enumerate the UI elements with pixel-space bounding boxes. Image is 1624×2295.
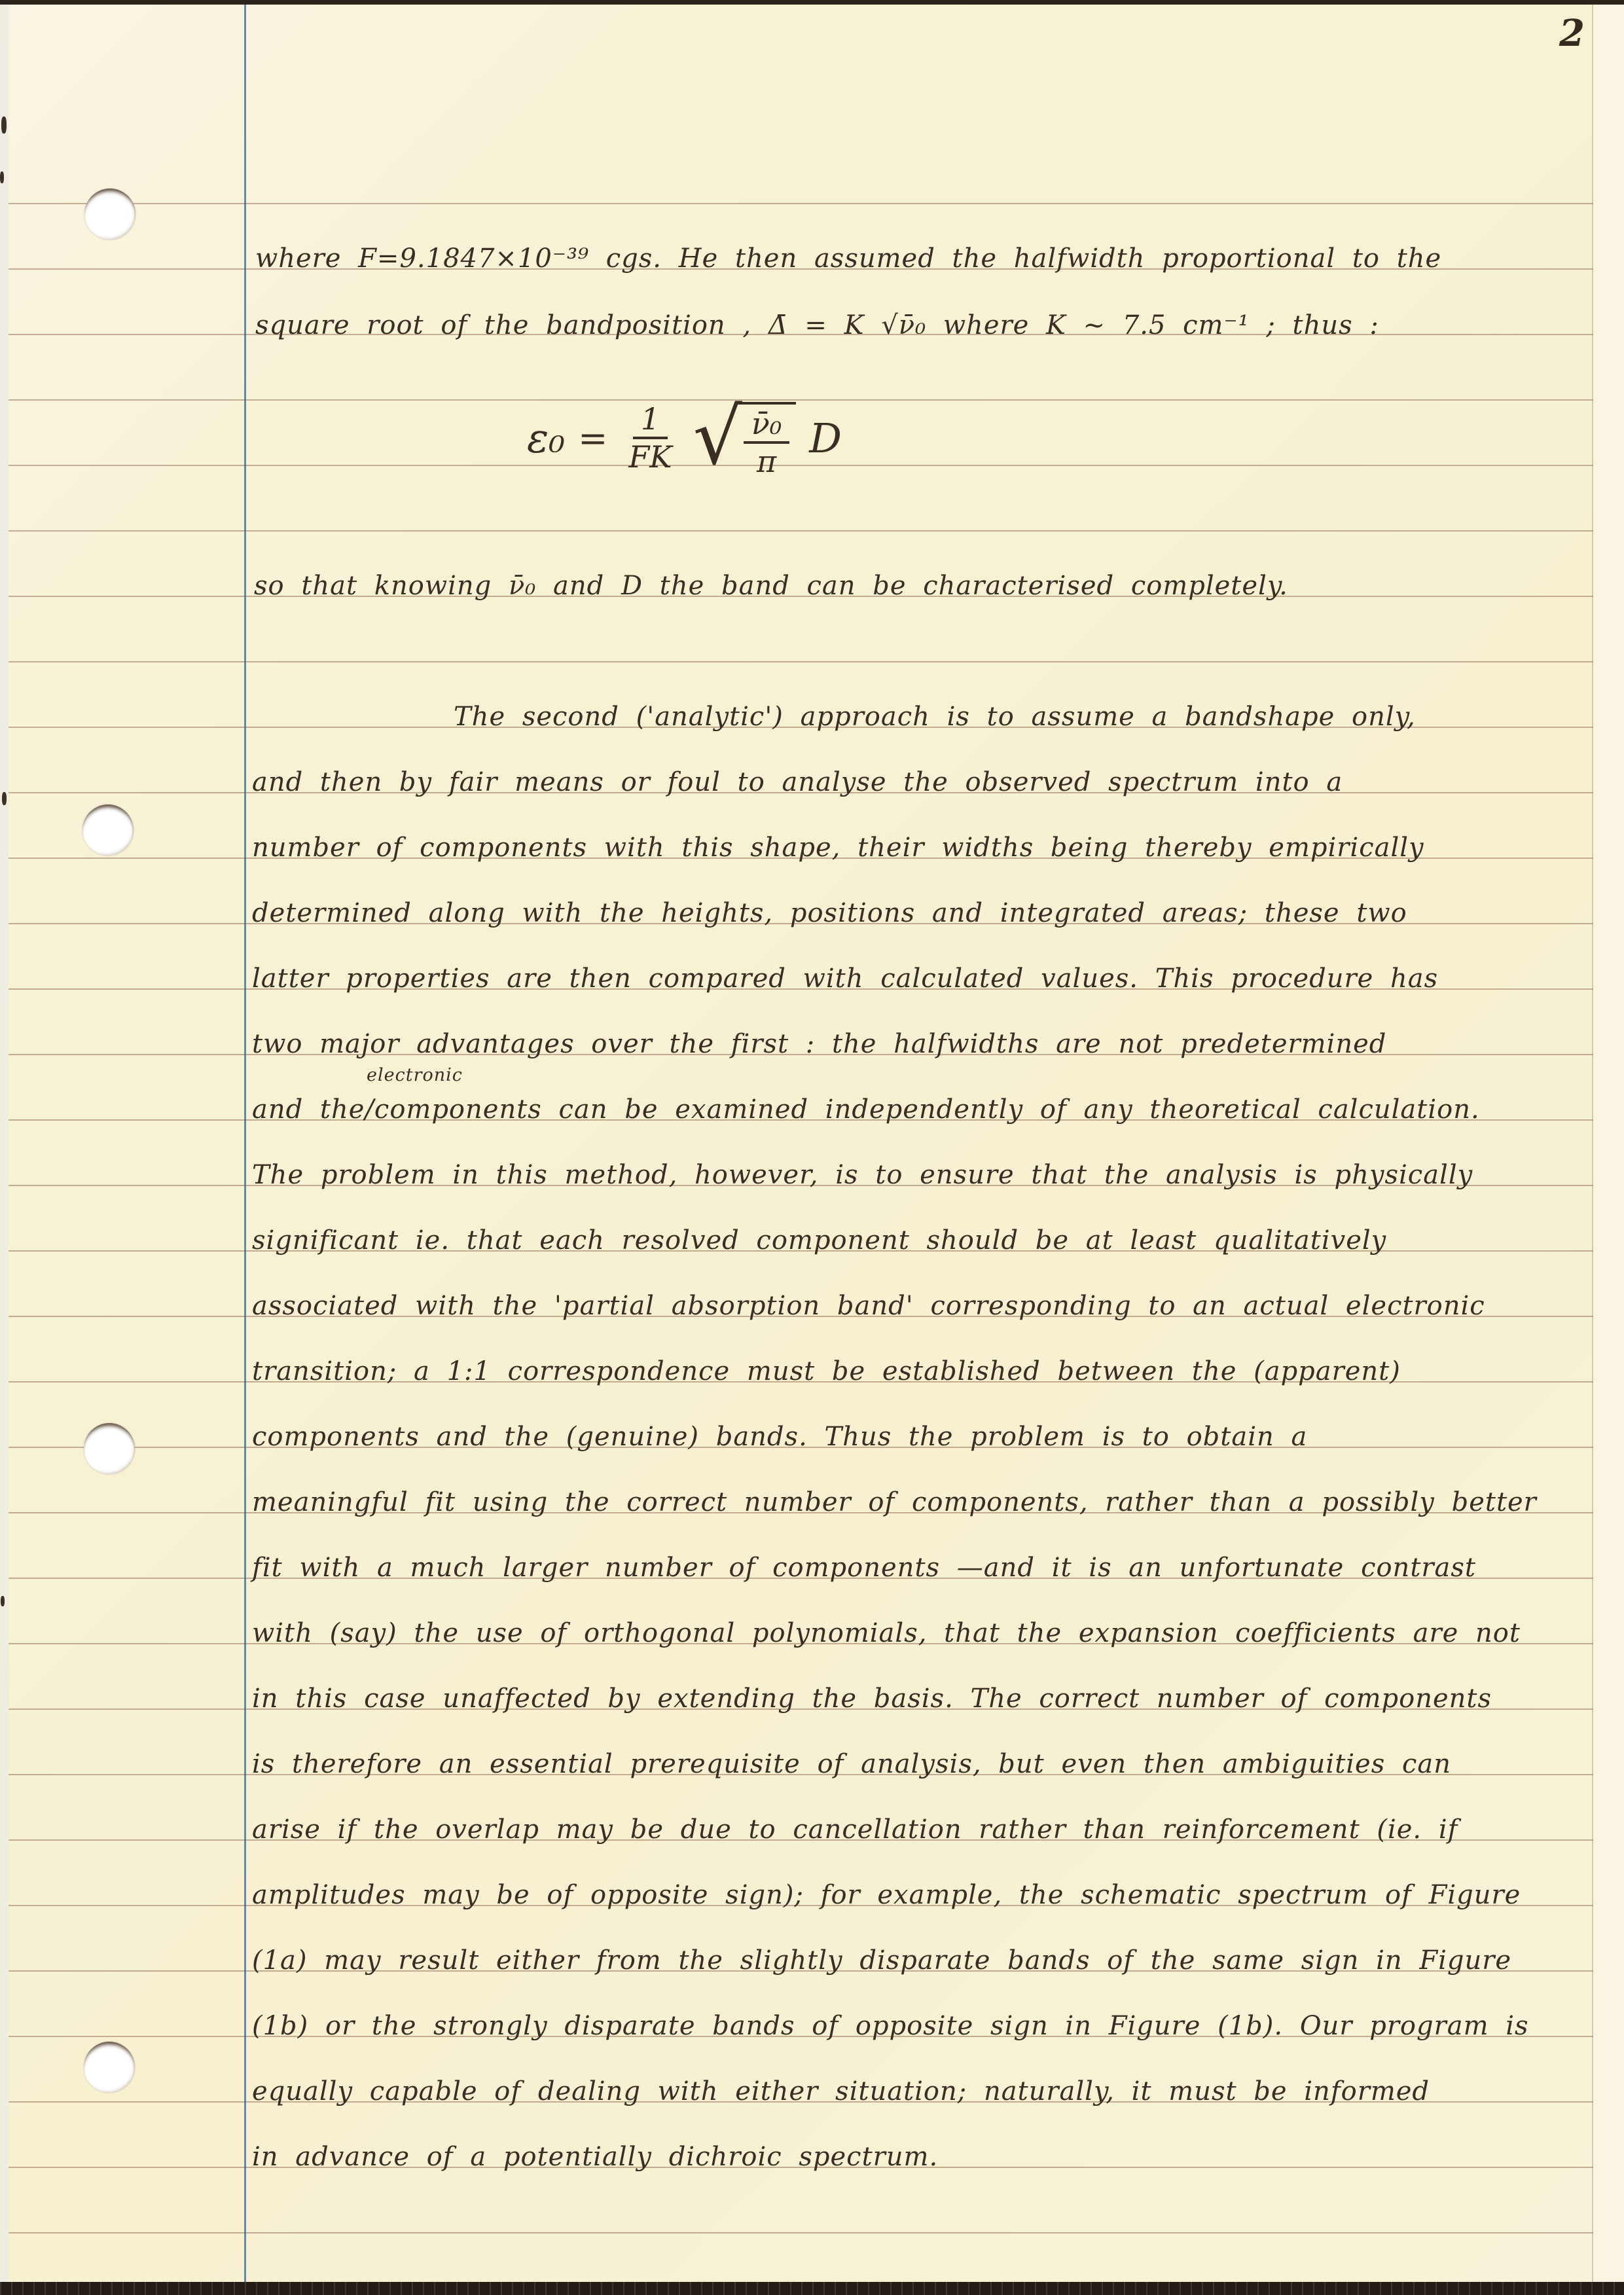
margin-rule bbox=[244, 4, 246, 2282]
handwriting-line: transition; a 1:1 correspondence must be… bbox=[252, 1356, 1401, 1386]
scanned-notebook-page: { "page": { "number": "2" }, "colors": {… bbox=[0, 0, 1624, 2295]
radical-fraction: ν̄₀ π bbox=[737, 402, 796, 479]
handwriting-line: amplitudes may be of opposite sign); for… bbox=[252, 1880, 1521, 1910]
handwriting-line: in this case unaffected by extending the… bbox=[252, 1684, 1492, 1714]
handwriting-line: square root of the bandposition , Δ̄ = K… bbox=[255, 310, 1379, 340]
handwriting-line: The second ('analytic') approach is to a… bbox=[454, 702, 1416, 732]
scan-artifact bbox=[1, 117, 7, 134]
scan-artifact bbox=[1, 1596, 5, 1606]
radical-numerator: ν̄₀ bbox=[744, 406, 789, 444]
equation: ε₀ = 1 FK √ ν̄₀ π D bbox=[527, 397, 842, 479]
handwriting-line: where F=9.1847×10⁻³⁹ cgs. He then assume… bbox=[255, 244, 1441, 274]
page-number: 2 bbox=[1559, 12, 1585, 55]
radical-denominator: π bbox=[749, 444, 784, 479]
radical: √ ν̄₀ π bbox=[693, 397, 797, 479]
scan-artifact bbox=[2, 792, 7, 805]
fraction-numerator: 1 bbox=[633, 401, 668, 439]
scan-artifact bbox=[0, 172, 4, 183]
handwriting-line: in advance of a potentially dichroic spe… bbox=[252, 2142, 938, 2172]
handwriting-line: components and the (genuine) bands. Thus… bbox=[252, 1422, 1307, 1452]
radical-sign-icon: √ bbox=[693, 398, 742, 475]
handwriting-line: associated with the 'partial absorption … bbox=[252, 1291, 1485, 1321]
scan-bottom-edge bbox=[0, 2282, 1624, 2295]
fraction-denominator: FK bbox=[621, 439, 679, 475]
handwriting-line: (1a) may result either from the slightly… bbox=[252, 1945, 1511, 1976]
handwriting-line: so that knowing ν̄₀ and D the band can b… bbox=[254, 571, 1288, 601]
scan-left-edge bbox=[0, 0, 9, 2295]
handwriting-line: is therefore an essential prerequisite o… bbox=[252, 1749, 1451, 1779]
equals-sign: = bbox=[578, 418, 607, 459]
scan-top-edge bbox=[0, 0, 1624, 5]
paper-right-strip bbox=[1593, 4, 1624, 2282]
handwriting-line: fit with a much larger number of compone… bbox=[252, 1553, 1476, 1583]
handwriting-line: latter properties are then compared with… bbox=[252, 964, 1438, 994]
handwriting-line: significant ie. that each resolved compo… bbox=[252, 1225, 1386, 1256]
punch-hole bbox=[84, 189, 135, 240]
punch-hole bbox=[82, 804, 134, 856]
handwriting-line: and the/components can be examined indep… bbox=[252, 1094, 1480, 1125]
ruled-lines bbox=[8, 203, 1597, 2235]
handwriting-line: The problem in this method, however, is … bbox=[252, 1160, 1473, 1190]
handwriting-line: with (say) the use of orthogonal polynom… bbox=[252, 1618, 1521, 1648]
handwriting-line: meaningful fit using the correct number … bbox=[252, 1487, 1537, 1517]
paper-right-edge bbox=[1592, 4, 1593, 2282]
handwriting-line: (1b) or the strongly disparate bands of … bbox=[252, 2011, 1529, 2041]
equation-trailing: D bbox=[809, 414, 842, 462]
handwriting-line: and then by fair means or foul to analys… bbox=[252, 767, 1343, 797]
handwriting-line: arise if the overlap may be due to cance… bbox=[252, 1815, 1458, 1845]
equation-lhs: ε₀ bbox=[527, 414, 565, 462]
handwriting-line: equally capable of dealing with either s… bbox=[252, 2076, 1430, 2106]
punch-hole bbox=[84, 1423, 135, 1474]
handwriting-line: number of components with this shape, th… bbox=[252, 833, 1424, 863]
fraction: 1 FK bbox=[621, 401, 679, 475]
punch-hole bbox=[84, 2042, 135, 2093]
inserted-word: electronic bbox=[367, 1066, 463, 1085]
handwriting-line: determined along with the heights, posit… bbox=[252, 898, 1407, 928]
handwriting-line: two major advantages over the first : th… bbox=[252, 1029, 1386, 1059]
